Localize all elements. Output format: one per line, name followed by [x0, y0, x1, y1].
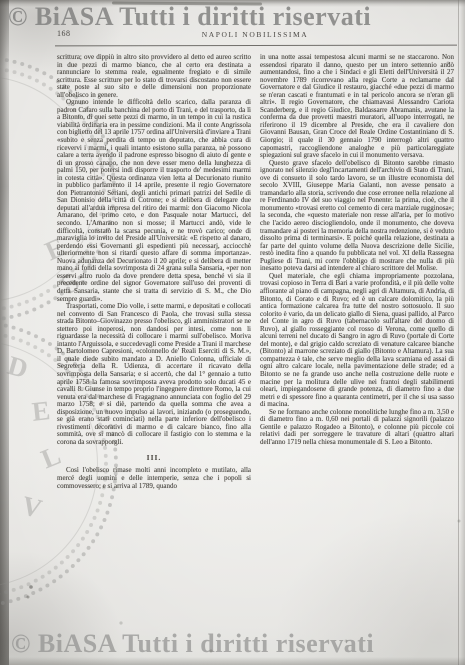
scan-edge-right [458, 0, 465, 665]
paragraph-continuation: scrittura; ove dippiù in altro sito prov… [57, 54, 251, 99]
paragraph: Se ne formano anche colonne monolitiche … [260, 409, 454, 447]
section-heading: III. [57, 453, 251, 462]
journal-title: NAPOLI NOBILISSIMA [55, 30, 455, 39]
paragraph: Così l'obelisco rimase molti anni incomp… [57, 467, 251, 490]
scan-edge-left [0, 0, 9, 665]
right-column: in una notte assai tempestosa alcuni mar… [260, 54, 454, 490]
scan-edge-top [0, 0, 465, 7]
left-column: scrittura; ove dippiù in altro sito prov… [57, 54, 251, 490]
paragraph: Questo grave sfacelo dell'obelisco di Bi… [260, 160, 454, 273]
header-rule [55, 45, 457, 47]
stamp-letter: E [30, 395, 51, 428]
stamp-letter: D [4, 350, 31, 385]
article-body: scrittura; ove dippiù in altro sito prov… [57, 54, 455, 490]
scan-specks [0, 0, 2, 2]
copyright-watermark-top: © BiASA Tutti i diritti riservati [8, 2, 371, 32]
paragraph: Quel materiale, che egli chiama impropri… [260, 273, 454, 409]
paragraph: Ognuno intende le difficoltà dello scari… [57, 99, 251, 303]
copyright-watermark-bottom: © BiASA Tutti i diritti riservati [11, 629, 374, 659]
scanned-journal-page: E S. D E L V © BiASA Tutti i diritti ris… [0, 0, 465, 665]
scan-edge-bottom [0, 657, 465, 665]
paragraph: Trasportati, come Dio volle, i sette mar… [57, 303, 251, 446]
paragraph-continuation: in una notte assai tempestosa alcuni mar… [260, 54, 454, 160]
stamp-letter: V [19, 490, 45, 525]
